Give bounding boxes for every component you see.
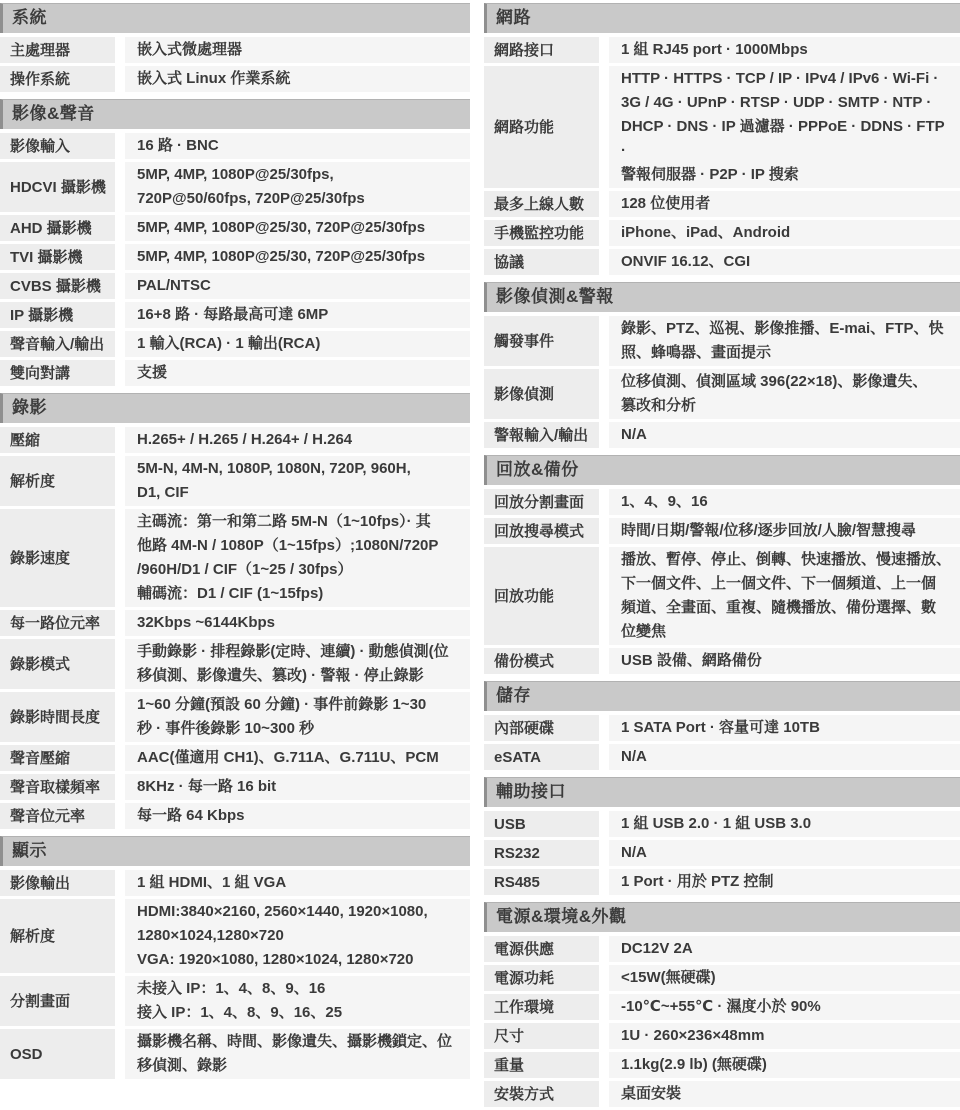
- spec-row: 備份模式USB 設備、網路備份: [484, 648, 960, 674]
- spec-value: -10℃~+55℃ · 濕度小於 90%: [609, 994, 960, 1020]
- spec-label: USB: [484, 811, 599, 837]
- spec-label: 備份模式: [484, 648, 599, 674]
- spec-row: 工作環境-10℃~+55℃ · 濕度小於 90%: [484, 994, 960, 1020]
- spec-value: 5MP, 4MP, 1080P@25/30fps, 720P@50/60fps,…: [125, 162, 470, 212]
- spec-label: 重量: [484, 1052, 599, 1078]
- spec-value: 主碼流：第一和第二路 5M-N（1~10fps）· 其 他路 4M-N / 10…: [125, 509, 470, 607]
- spec-label: AHD 攝影機: [0, 215, 115, 241]
- spec-label: 分割畫面: [0, 976, 115, 1026]
- spec-row: 錄影模式手動錄影 · 排程錄影(定時、連續) · 動態偵測(位 移偵測、影像遺失…: [0, 639, 470, 689]
- spec-row: RS232N/A: [484, 840, 960, 866]
- spec-row: OSD攝影機名稱、時間、影像遺失、攝影機鎖定、位 移偵測、錄影: [0, 1029, 470, 1079]
- spec-label: 每一路位元率: [0, 610, 115, 636]
- spec-label: 聲音位元率: [0, 803, 115, 829]
- spec-value: 5MP, 4MP, 1080P@25/30, 720P@25/30fps: [125, 244, 470, 270]
- spec-row: HDCVI 攝影機5MP, 4MP, 1080P@25/30fps, 720P@…: [0, 162, 470, 212]
- spec-label: 錄影模式: [0, 639, 115, 689]
- section-header: 儲存: [484, 681, 960, 711]
- spec-value: 16+8 路 · 每路最高可達 6MP: [125, 302, 470, 328]
- spec-value: 1.1kg(2.9 lb) (無硬碟): [609, 1052, 960, 1078]
- spec-value: 手動錄影 · 排程錄影(定時、連續) · 動態偵測(位 移偵測、影像遺失、篡改)…: [125, 639, 470, 689]
- spec-row: 聲音壓縮AAC(僅適用 CH1)、G.711A、G.711U、PCM: [0, 745, 470, 771]
- spec-row: 聲音輸入/輸出1 輸入(RCA) · 1 輸出(RCA): [0, 331, 470, 357]
- spec-row: 錄影時間長度1~60 分鐘(預設 60 分鐘) · 事件前錄影 1~30 秒 ·…: [0, 692, 470, 742]
- section-header: 錄影: [0, 393, 470, 423]
- spec-sheet: 系統主處理器嵌入式微處理器操作系統嵌入式 Linux 作業系統影像&聲音影像輸入…: [0, 0, 960, 1110]
- spec-row: 回放功能播放、暫停、停止、倒轉、快速播放、慢速播放、 下一個文件、上一個文件、下…: [484, 547, 960, 645]
- spec-value: 1U · 260×236×48mm: [609, 1023, 960, 1049]
- spec-label: 影像輸出: [0, 870, 115, 896]
- spec-row: 網路功能HTTP · HTTPS · TCP / IP · IPv4 / IPv…: [484, 66, 960, 188]
- spec-value: HDMI:3840×2160, 2560×1440, 1920×1080, 12…: [125, 899, 470, 973]
- spec-row: RS4851 Port · 用於 PTZ 控制: [484, 869, 960, 895]
- spec-label: 錄影時間長度: [0, 692, 115, 742]
- spec-label: 觸發事件: [484, 316, 599, 366]
- spec-label: RS485: [484, 869, 599, 895]
- section-header: 回放&備份: [484, 455, 960, 485]
- spec-value: 1~60 分鐘(預設 60 分鐘) · 事件前錄影 1~30 秒 · 事件後錄影…: [125, 692, 470, 742]
- section-header: 網路: [484, 3, 960, 33]
- section-header: 顯示: [0, 836, 470, 866]
- spec-value: 未接入 IP：1、4、8、9、16 接入 IP：1、4、8、9、16、25: [125, 976, 470, 1026]
- spec-value: AAC(僅適用 CH1)、G.711A、G.711U、PCM: [125, 745, 470, 771]
- spec-value: 支援: [125, 360, 470, 386]
- spec-label: HDCVI 攝影機: [0, 162, 115, 212]
- spec-label: 回放搜尋模式: [484, 518, 599, 544]
- spec-value: 攝影機名稱、時間、影像遺失、攝影機鎖定、位 移偵測、錄影: [125, 1029, 470, 1079]
- spec-value: 播放、暫停、停止、倒轉、快速播放、慢速播放、 下一個文件、上一個文件、下一個頻道…: [609, 547, 960, 645]
- spec-value: DC12V 2A: [609, 936, 960, 962]
- spec-row: 影像輸入16 路 · BNC: [0, 133, 470, 159]
- spec-value: 16 路 · BNC: [125, 133, 470, 159]
- spec-row: eSATAN/A: [484, 744, 960, 770]
- spec-value: 1、4、9、16: [609, 489, 960, 515]
- spec-row: 影像輸出1 組 HDMI、1 組 VGA: [0, 870, 470, 896]
- spec-row: 觸發事件錄影、PTZ、巡視、影像推播、E-mai、FTP、快 照、蜂鳴器、畫面提…: [484, 316, 960, 366]
- spec-row: TVI 攝影機5MP, 4MP, 1080P@25/30, 720P@25/30…: [0, 244, 470, 270]
- section-header: 影像&聲音: [0, 99, 470, 129]
- spec-label: 聲音壓縮: [0, 745, 115, 771]
- spec-label: 協議: [484, 249, 599, 275]
- spec-column-right: 網路網路接口1 組 RJ45 port · 1000Mbps網路功能HTTP ·…: [484, 3, 960, 1110]
- spec-value: USB 設備、網路備份: [609, 648, 960, 674]
- spec-row: 安裝方式桌面安裝: [484, 1081, 960, 1107]
- spec-label: IP 攝影機: [0, 302, 115, 328]
- spec-row: 影像偵測位移偵測、偵測區域 396(22×18)、影像遺失、 篡改和分析: [484, 369, 960, 419]
- spec-value: 1 Port · 用於 PTZ 控制: [609, 869, 960, 895]
- spec-value: 1 組 USB 2.0 · 1 組 USB 3.0: [609, 811, 960, 837]
- spec-label: 安裝方式: [484, 1081, 599, 1107]
- spec-label: 操作系統: [0, 66, 115, 92]
- spec-value: PAL/NTSC: [125, 273, 470, 299]
- spec-row: 壓縮H.265+ / H.265 / H.264+ / H.264: [0, 427, 470, 453]
- spec-value: 時間/日期/警報/位移/逐步回放/人臉/智慧搜尋: [609, 518, 960, 544]
- spec-value: 桌面安裝: [609, 1081, 960, 1107]
- spec-label: 手機監控功能: [484, 220, 599, 246]
- spec-row: 分割畫面未接入 IP：1、4、8、9、16 接入 IP：1、4、8、9、16、2…: [0, 976, 470, 1026]
- spec-label: eSATA: [484, 744, 599, 770]
- spec-value: 嵌入式 Linux 作業系統: [125, 66, 470, 92]
- spec-label: OSD: [0, 1029, 115, 1079]
- spec-label: 影像偵測: [484, 369, 599, 419]
- spec-value: HTTP · HTTPS · TCP / IP · IPv4 / IPv6 · …: [609, 66, 960, 188]
- spec-row: 聲音取樣頻率8KHz · 每一路 16 bit: [0, 774, 470, 800]
- spec-label: 影像輸入: [0, 133, 115, 159]
- spec-label: 網路功能: [484, 66, 599, 188]
- spec-row: 每一路位元率32Kbps ~6144Kbps: [0, 610, 470, 636]
- spec-value: 1 組 RJ45 port · 1000Mbps: [609, 37, 960, 63]
- spec-label: 警報輸入/輸出: [484, 422, 599, 448]
- spec-row: IP 攝影機16+8 路 · 每路最高可達 6MP: [0, 302, 470, 328]
- spec-label: 解析度: [0, 899, 115, 973]
- spec-label: 尺寸: [484, 1023, 599, 1049]
- spec-label: 工作環境: [484, 994, 599, 1020]
- spec-value: 每一路 64 Kbps: [125, 803, 470, 829]
- spec-row: CVBS 攝影機PAL/NTSC: [0, 273, 470, 299]
- spec-label: CVBS 攝影機: [0, 273, 115, 299]
- spec-row: 內部硬碟1 SATA Port · 容量可達 10TB: [484, 715, 960, 741]
- spec-value: ONVIF 16.12、CGI: [609, 249, 960, 275]
- spec-column-left: 系統主處理器嵌入式微處理器操作系統嵌入式 Linux 作業系統影像&聲音影像輸入…: [0, 3, 470, 1110]
- spec-value: N/A: [609, 744, 960, 770]
- spec-label: 錄影速度: [0, 509, 115, 607]
- spec-row: 回放分割畫面1、4、9、16: [484, 489, 960, 515]
- spec-value: 位移偵測、偵測區域 396(22×18)、影像遺失、 篡改和分析: [609, 369, 960, 419]
- spec-row: 協議ONVIF 16.12、CGI: [484, 249, 960, 275]
- spec-value: 5MP, 4MP, 1080P@25/30, 720P@25/30fps: [125, 215, 470, 241]
- spec-label: 雙向對講: [0, 360, 115, 386]
- spec-value: <15W(無硬碟): [609, 965, 960, 991]
- spec-label: 內部硬碟: [484, 715, 599, 741]
- spec-label: 聲音輸入/輸出: [0, 331, 115, 357]
- spec-row: 解析度5M-N, 4M-N, 1080P, 1080N, 720P, 960H,…: [0, 456, 470, 506]
- spec-value: 嵌入式微處理器: [125, 37, 470, 63]
- spec-value: 1 組 HDMI、1 組 VGA: [125, 870, 470, 896]
- spec-row: 主處理器嵌入式微處理器: [0, 37, 470, 63]
- spec-row: 雙向對講支援: [0, 360, 470, 386]
- spec-label: 解析度: [0, 456, 115, 506]
- spec-value: 8KHz · 每一路 16 bit: [125, 774, 470, 800]
- spec-row: 電源供應DC12V 2A: [484, 936, 960, 962]
- spec-row: 最多上線人數128 位使用者: [484, 191, 960, 217]
- spec-value: 錄影、PTZ、巡視、影像推播、E-mai、FTP、快 照、蜂鳴器、畫面提示: [609, 316, 960, 366]
- spec-row: 操作系統嵌入式 Linux 作業系統: [0, 66, 470, 92]
- section-header: 輔助接口: [484, 777, 960, 807]
- spec-value: iPhone、iPad、Android: [609, 220, 960, 246]
- spec-row: USB1 組 USB 2.0 · 1 組 USB 3.0: [484, 811, 960, 837]
- section-header: 電源&環境&外觀: [484, 902, 960, 932]
- spec-label: RS232: [484, 840, 599, 866]
- spec-value: 5M-N, 4M-N, 1080P, 1080N, 720P, 960H, D1…: [125, 456, 470, 506]
- spec-label: TVI 攝影機: [0, 244, 115, 270]
- spec-value: 128 位使用者: [609, 191, 960, 217]
- spec-label: 聲音取樣頻率: [0, 774, 115, 800]
- spec-row: 錄影速度主碼流：第一和第二路 5M-N（1~10fps）· 其 他路 4M-N …: [0, 509, 470, 607]
- spec-row: 警報輸入/輸出N/A: [484, 422, 960, 448]
- spec-row: 網路接口1 組 RJ45 port · 1000Mbps: [484, 37, 960, 63]
- spec-value: H.265+ / H.265 / H.264+ / H.264: [125, 427, 470, 453]
- section-header: 系統: [0, 3, 470, 33]
- spec-row: 重量1.1kg(2.9 lb) (無硬碟): [484, 1052, 960, 1078]
- spec-value: N/A: [609, 422, 960, 448]
- spec-label: 電源功耗: [484, 965, 599, 991]
- spec-label: 最多上線人數: [484, 191, 599, 217]
- spec-label: 回放功能: [484, 547, 599, 645]
- spec-label: 回放分割畫面: [484, 489, 599, 515]
- spec-label: 電源供應: [484, 936, 599, 962]
- spec-row: AHD 攝影機5MP, 4MP, 1080P@25/30, 720P@25/30…: [0, 215, 470, 241]
- spec-value: N/A: [609, 840, 960, 866]
- spec-row: 回放搜尋模式時間/日期/警報/位移/逐步回放/人臉/智慧搜尋: [484, 518, 960, 544]
- spec-label: 網路接口: [484, 37, 599, 63]
- spec-row: 電源功耗<15W(無硬碟): [484, 965, 960, 991]
- spec-row: 尺寸1U · 260×236×48mm: [484, 1023, 960, 1049]
- spec-value: 1 輸入(RCA) · 1 輸出(RCA): [125, 331, 470, 357]
- section-header: 影像偵測&警報: [484, 282, 960, 312]
- spec-row: 解析度HDMI:3840×2160, 2560×1440, 1920×1080,…: [0, 899, 470, 973]
- spec-label: 主處理器: [0, 37, 115, 63]
- spec-row: 聲音位元率每一路 64 Kbps: [0, 803, 470, 829]
- spec-label: 壓縮: [0, 427, 115, 453]
- spec-row: 手機監控功能iPhone、iPad、Android: [484, 220, 960, 246]
- spec-value: 1 SATA Port · 容量可達 10TB: [609, 715, 960, 741]
- spec-value: 32Kbps ~6144Kbps: [125, 610, 470, 636]
